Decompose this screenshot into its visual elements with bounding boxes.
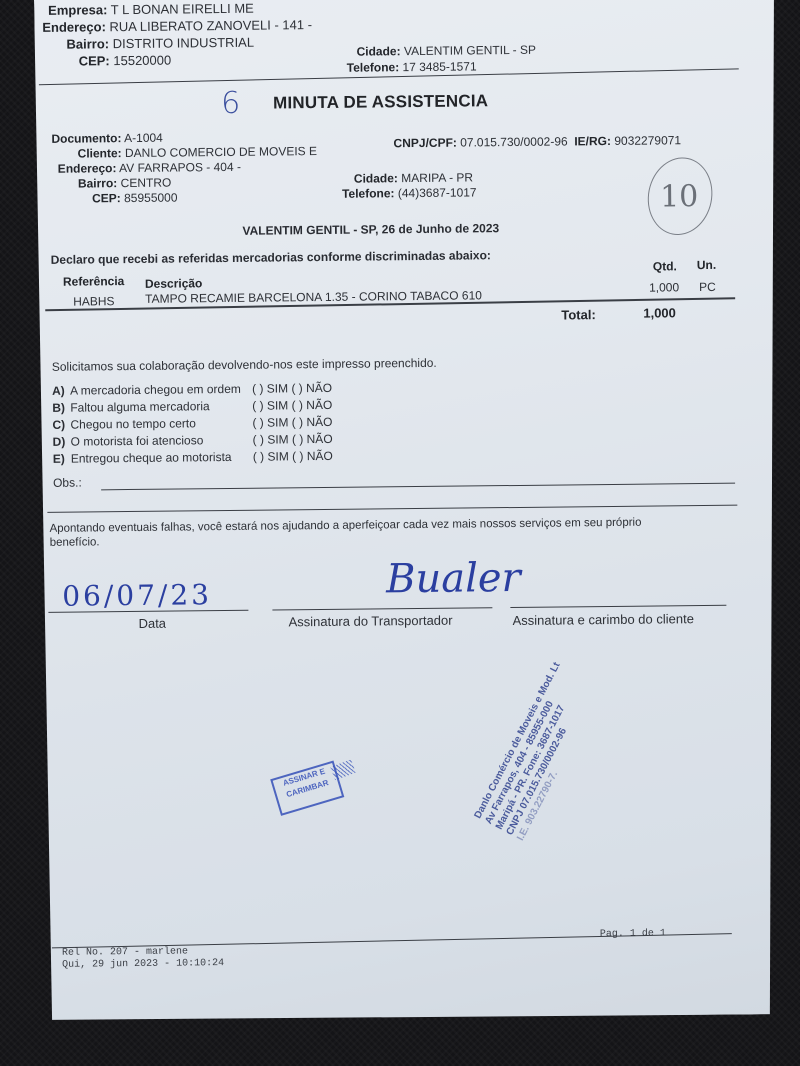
sim-nao-checkboxes[interactable]: ( ) SIM ( ) NÃO bbox=[252, 380, 332, 395]
bairro-label: Bairro: bbox=[66, 36, 109, 51]
col-header-desc: Descrição bbox=[145, 276, 203, 291]
client-signature-label: Assinatura e carimbo do cliente bbox=[512, 611, 694, 628]
company-bairro: Bairro: DISTRITO INDUSTRIAL bbox=[66, 35, 254, 52]
ie-value: 9032279071 bbox=[614, 133, 681, 148]
client-endereco-value: AV FARRAPOS - 404 - bbox=[119, 160, 241, 175]
question-text: Faltou alguma mercadoria bbox=[70, 398, 252, 414]
question-text: Entregou cheque ao motorista bbox=[71, 449, 253, 465]
client-cep-label: CEP: bbox=[92, 191, 121, 205]
feedback-note: Apontando eventuais falhas, você estará … bbox=[49, 515, 689, 550]
transporter-label: Assinatura do Transportador bbox=[288, 613, 452, 630]
ie-label: IE/RG: bbox=[574, 134, 611, 148]
company-telefone: Telefone: 17 3485-1571 bbox=[347, 59, 477, 74]
date-label: Data bbox=[138, 616, 166, 631]
question-letter: D) bbox=[53, 434, 71, 448]
page-indicator: Pag. 1 de 1 bbox=[600, 928, 666, 940]
client-telefone-label: Telefone: bbox=[342, 186, 395, 201]
cep-value: 15520000 bbox=[113, 53, 171, 69]
total-value: 1,000 bbox=[643, 305, 676, 320]
document-title: MINUTA DE ASSISTENCIA bbox=[273, 91, 488, 113]
transporter-signature: Bualer bbox=[386, 555, 521, 602]
question-text: O motorista foi atencioso bbox=[71, 432, 253, 448]
item-ref: HABHS bbox=[73, 294, 114, 308]
client-documento: Documento: A-1004 bbox=[51, 131, 163, 146]
sim-nao-checkboxes[interactable]: ( ) SIM ( ) NÃO bbox=[253, 431, 333, 446]
documento-value: A-1004 bbox=[124, 131, 163, 145]
endereco-value: RUA LIBERATO ZANOVELI - 141 - bbox=[109, 17, 312, 34]
item-un: PC bbox=[699, 280, 716, 294]
total-label: Total: bbox=[561, 307, 596, 322]
receipt-paper: Empresa: T L BONAN EIRELLI ME Endereço: … bbox=[34, 0, 785, 1022]
transporter-signature-line[interactable] bbox=[272, 607, 492, 610]
question-text: Chegou no tempo certo bbox=[70, 415, 252, 431]
bairro-value: DISTRITO INDUSTRIAL bbox=[113, 35, 254, 51]
cnpj-value: 07.015.730/0002-96 bbox=[460, 134, 568, 149]
sim-nao-checkboxes[interactable]: ( ) SIM ( ) NÃO bbox=[252, 414, 332, 429]
client-bairro: Bairro: CENTRO bbox=[78, 176, 172, 191]
question-letter: E) bbox=[53, 451, 71, 465]
company-cep: CEP: 15520000 bbox=[79, 53, 172, 69]
empresa-value: T L BONAN EIRELLI ME bbox=[111, 1, 254, 17]
declaration-text: Declaro que recebi as referidas mercador… bbox=[51, 248, 491, 267]
cidade-value: VALENTIM GENTIL - SP bbox=[404, 43, 536, 58]
telefone-value: 17 3485-1571 bbox=[402, 59, 476, 74]
company-empresa: Empresa: T L BONAN EIRELLI ME bbox=[48, 1, 254, 18]
item-qtd: 1,000 bbox=[649, 280, 679, 294]
obs-label: Obs.: bbox=[53, 476, 82, 490]
cnpj-label: CNPJ/CPF: bbox=[393, 136, 456, 151]
client-cidade: Cidade: MARIPA - PR bbox=[354, 170, 473, 185]
col-header-un: Un. bbox=[697, 258, 716, 272]
client-cnpj: CNPJ/CPF: 07.015.730/0002-96 IE/RG: 9032… bbox=[393, 133, 681, 150]
documento-label: Documento: bbox=[51, 131, 121, 146]
client-bairro-value: CENTRO bbox=[121, 176, 172, 191]
client-bairro-label: Bairro: bbox=[78, 176, 117, 190]
client-endereco: Endereço: AV FARRAPOS - 404 - bbox=[58, 160, 241, 176]
col-header-ref: Referência bbox=[63, 274, 125, 289]
sim-nao-checkboxes[interactable]: ( ) SIM ( ) NÃO bbox=[252, 397, 332, 412]
client-company-stamp: Danlo Comércio de Moveis e Mod. Lt Av Fa… bbox=[473, 661, 607, 844]
section-divider bbox=[47, 505, 737, 513]
survey-intro: Solicitamos sua colaboração devolvendo-n… bbox=[52, 356, 437, 374]
client-signature-line[interactable] bbox=[510, 605, 726, 608]
client-cidade-value: MARIPA - PR bbox=[401, 170, 473, 185]
place-date: VALENTIM GENTIL - SP, 26 de Junho de 202… bbox=[242, 221, 499, 238]
company-endereco: Endereço: RUA LIBERATO ZANOVELI - 141 - bbox=[42, 17, 312, 35]
client-endereco-label: Endereço: bbox=[58, 161, 117, 176]
question-letter: C) bbox=[52, 417, 70, 431]
survey-questions: A) A mercadoria chegou em ordem ( ) SIM … bbox=[52, 379, 333, 467]
empresa-label: Empresa: bbox=[48, 2, 107, 18]
sim-nao-checkboxes[interactable]: ( ) SIM ( ) NÃO bbox=[253, 448, 333, 463]
cliente-label: Cliente: bbox=[78, 146, 122, 160]
client-telefone: Telefone: (44)3687-1017 bbox=[342, 185, 477, 200]
question-letter: B) bbox=[52, 400, 70, 414]
company-cidade: Cidade: VALENTIM GENTIL - SP bbox=[356, 43, 536, 59]
cliente-value: DANLO COMERCIO DE MOVEIS E bbox=[125, 144, 317, 160]
handwritten-number: 6 bbox=[221, 86, 240, 121]
survey-question-e: E) Entregou cheque ao motorista ( ) SIM … bbox=[53, 447, 333, 467]
client-cliente: Cliente: DANLO COMERCIO DE MOVEIS E bbox=[78, 144, 318, 161]
handwritten-date: 06/07/23 bbox=[62, 578, 212, 613]
cep-label: CEP: bbox=[79, 53, 110, 68]
question-letter: A) bbox=[52, 383, 70, 397]
circled-number: 10 bbox=[660, 179, 699, 214]
obs-field-line[interactable] bbox=[101, 483, 735, 491]
report-number: Rel No. 207 - marlene bbox=[62, 946, 188, 958]
client-cep-value: 85955000 bbox=[124, 191, 178, 206]
print-timestamp: Qui, 29 jun 2023 - 10:10:24 bbox=[62, 958, 224, 971]
col-header-qtd: Qtd. bbox=[653, 259, 677, 273]
client-cep: CEP: 85955000 bbox=[92, 191, 178, 206]
telefone-label: Telefone: bbox=[347, 60, 400, 75]
question-text: A mercadoria chegou em ordem bbox=[70, 381, 252, 397]
client-cidade-label: Cidade: bbox=[354, 171, 398, 185]
cidade-label: Cidade: bbox=[356, 44, 400, 58]
client-telefone-value: (44)3687-1017 bbox=[398, 185, 477, 200]
endereco-label: Endereço: bbox=[42, 19, 106, 35]
